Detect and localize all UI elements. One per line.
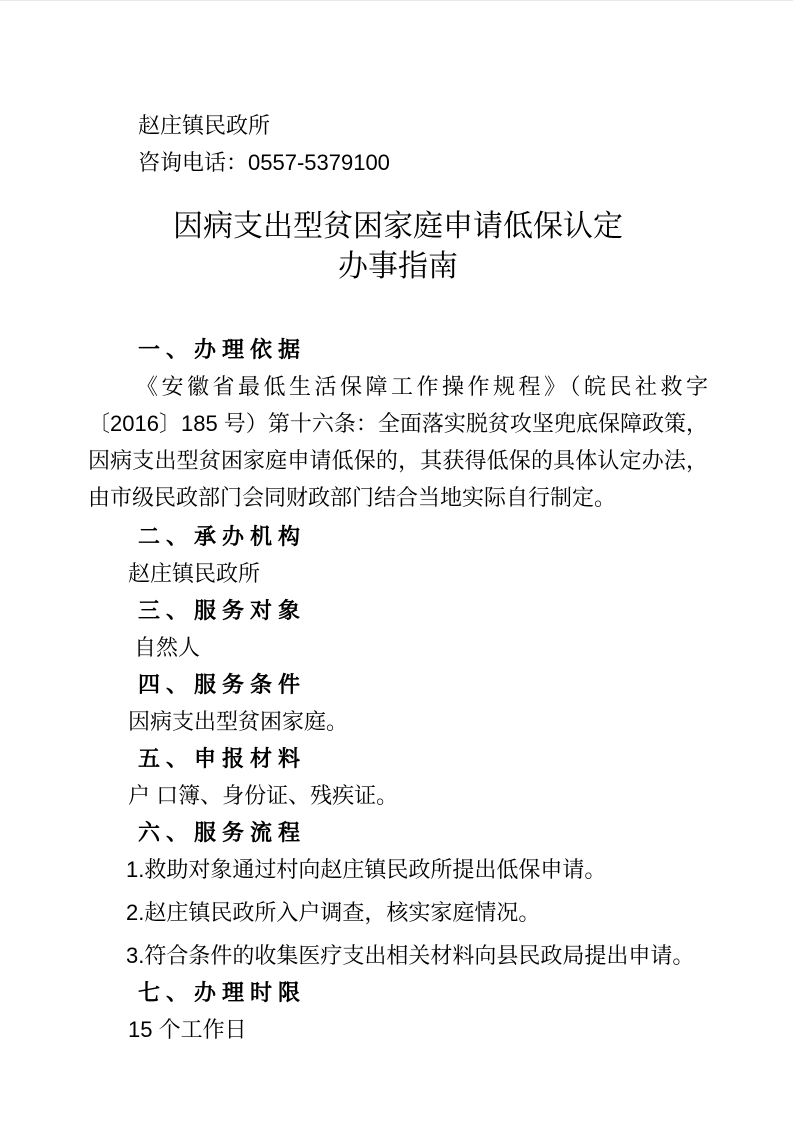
section-body-timelimit: 15 个工作日 xyxy=(128,1011,708,1048)
section-body-materials: 户 口簿、身份证、残疾证。 xyxy=(128,777,708,814)
section-heading-condition: 四、服务条件 xyxy=(138,666,708,703)
section-heading-process: 六、服务流程 xyxy=(138,814,708,851)
process-step-1: 1.救助对象通过村向赵庄镇民政所提出低保申请。 xyxy=(126,851,708,888)
section-process: 六、服务流程 1.救助对象通过村向赵庄镇民政所提出低保申请。 2.赵庄镇民政所入… xyxy=(88,814,708,974)
process-step-3: 3.符合条件的收集医疗支出相关材料向县民政局提出申请。 xyxy=(126,937,708,974)
section-timelimit: 七、办理时限 15 个工作日 xyxy=(88,974,708,1048)
process-step-2: 2.赵庄镇民政所入户调查，核实家庭情况。 xyxy=(126,894,708,931)
section-heading-timelimit: 七、办理时限 xyxy=(138,974,708,1011)
office-name: 赵庄镇民政所 xyxy=(138,107,708,144)
document-page: 赵庄镇民政所 咨询电话：0557-5379100 因病支出型贫困家庭申请低保认定… xyxy=(0,0,793,1122)
title-line-2: 办事指南 xyxy=(88,247,708,287)
section-agency: 二、承办机构 赵庄镇民政所 xyxy=(88,518,708,592)
section-basis: 一、办理依据 《安徽省最低生活保障工作操作规程》（皖民社救字〔2016〕185 … xyxy=(88,331,708,516)
section-heading-basis: 一、办理依据 xyxy=(138,331,708,368)
section-paragraph-basis: 《安徽省最低生活保障工作操作规程》（皖民社救字〔2016〕185 号）第十六条：… xyxy=(88,368,708,516)
section-target: 三、服务对象 自然人 xyxy=(88,592,708,666)
section-heading-materials: 五、申报材料 xyxy=(138,740,708,777)
phone-line: 咨询电话：0557-5379100 xyxy=(138,144,708,181)
section-materials: 五、申报材料 户 口簿、身份证、残疾证。 xyxy=(88,740,708,814)
section-body-target: 自然人 xyxy=(134,629,708,666)
section-condition: 四、服务条件 因病支出型贫困家庭。 xyxy=(88,666,708,740)
section-body-condition: 因病支出型贫困家庭。 xyxy=(128,703,708,740)
section-heading-target: 三、服务对象 xyxy=(138,592,708,629)
section-heading-agency: 二、承办机构 xyxy=(138,518,708,555)
document-title: 因病支出型贫困家庭申请低保认定 办事指南 xyxy=(88,207,708,287)
title-line-1: 因病支出型贫困家庭申请低保认定 xyxy=(88,207,708,247)
section-body-agency: 赵庄镇民政所 xyxy=(128,555,708,592)
